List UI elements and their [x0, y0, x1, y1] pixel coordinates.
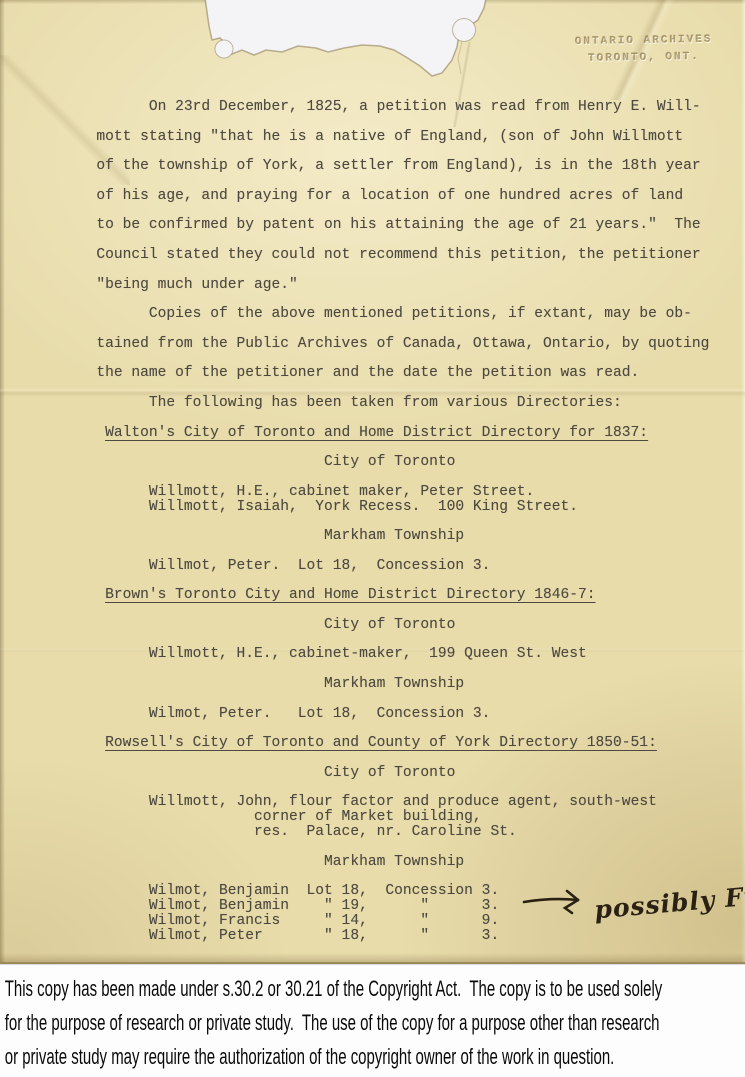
typed-line: [0, 751, 745, 766]
typed-line: On 23rd December, 1825, a petition was r…: [0, 100, 745, 115]
typed-line: Markham Township: [0, 529, 745, 544]
typed-line: Brown's Toronto City and Home District D…: [0, 588, 745, 603]
handwriting-text: possibly Frank: [593, 876, 745, 924]
typed-line: "being much under age.": [0, 278, 745, 293]
typed-line: Rowsell's City of Toronto and County of …: [0, 736, 745, 751]
typed-line: City of Toronto: [0, 766, 745, 781]
typed-line: Willmot, Peter. Lot 18, Concession 3.: [0, 559, 745, 574]
typed-line: [0, 514, 745, 529]
typed-line: of his age, and praying for a location o…: [0, 189, 745, 204]
typed-line: to be confirmed by patent on his attaini…: [0, 218, 745, 233]
typed-line: Willmott, H.E., cabinet maker, Peter Str…: [0, 485, 745, 500]
typed-line: Willmott, H.E., cabinet-maker, 199 Queen…: [0, 647, 745, 662]
typed-line: [0, 692, 745, 707]
typed-text: On 23rd December, 1825, a petition was r…: [0, 100, 745, 943]
typed-line: tained from the Public Archives of Canad…: [0, 337, 745, 352]
typed-line: Markham Township: [0, 677, 745, 692]
typed-line: Copies of the above mentioned petitions,…: [0, 307, 745, 322]
typed-line: corner of Market building,: [0, 810, 745, 825]
typed-line: [0, 411, 745, 426]
typed-line: [0, 544, 745, 559]
stamp-line-1: ONTARIO ARCHIVES: [558, 32, 730, 52]
typed-line: [0, 470, 745, 485]
typed-line: [0, 115, 745, 130]
tear-lobe: [215, 40, 233, 58]
typed-line: [0, 603, 745, 618]
typed-line: [0, 233, 745, 248]
typed-line: City of Toronto: [0, 455, 745, 470]
typed-line: the name of the petitioner and the date …: [0, 366, 745, 381]
document-paper: ONTARIO ARCHIVES TORONTO, ONT. On 23rd D…: [0, 0, 745, 964]
typed-line: Wilmot, Peter. Lot 18, Concession 3.: [0, 707, 745, 722]
typed-line: of the township of York, a settler from …: [0, 159, 745, 174]
copyright-line: for the purpose of research or private s…: [0, 1006, 745, 1040]
crease-line: [458, 42, 462, 74]
copyright-line: or private study may require the authori…: [0, 1040, 745, 1074]
typed-line: [0, 322, 745, 337]
typed-line: [0, 263, 745, 278]
copyright-line: This copy has been made under s.30.2 or …: [0, 972, 745, 1006]
stamp-line-2: TORONTO, ONT.: [558, 48, 730, 68]
typed-line: Markham Township: [0, 855, 745, 870]
typed-line: [0, 440, 745, 455]
typed-line: Wilmot, Peter " 18, " 3.: [0, 929, 745, 944]
scanned-document-page: ONTARIO ARCHIVES TORONTO, ONT. On 23rd D…: [0, 0, 745, 1077]
typed-line: [0, 292, 745, 307]
typed-line: [0, 144, 745, 159]
copyright-notice: This copy has been made under s.30.2 or …: [0, 964, 745, 1077]
copyright-lines: This copy has been made under s.30.2 or …: [0, 972, 745, 1074]
typed-line: City of Toronto: [0, 618, 745, 633]
typed-line: [0, 174, 745, 189]
typed-line: Council stated they could not recommend …: [0, 248, 745, 263]
handwritten-note: possibly Frank: [522, 882, 745, 918]
typed-line: [0, 662, 745, 677]
archive-stamp: ONTARIO ARCHIVES TORONTO, ONT.: [558, 32, 731, 69]
typed-line: [0, 381, 745, 396]
arrow-icon: [522, 882, 592, 918]
punch-hole: [453, 19, 476, 42]
typed-line: mott stating "that he is a native of Eng…: [0, 130, 745, 145]
typed-line: The following has been taken from variou…: [0, 396, 745, 411]
typed-line: Walton's City of Toronto and Home Distri…: [0, 426, 745, 441]
tear-shape: [205, 0, 486, 76]
typed-line: res. Palace, nr. Caroline St.: [0, 825, 745, 840]
typed-line: [0, 840, 745, 855]
typed-line: Willmott, Isaiah, York Recess. 100 King …: [0, 500, 745, 515]
